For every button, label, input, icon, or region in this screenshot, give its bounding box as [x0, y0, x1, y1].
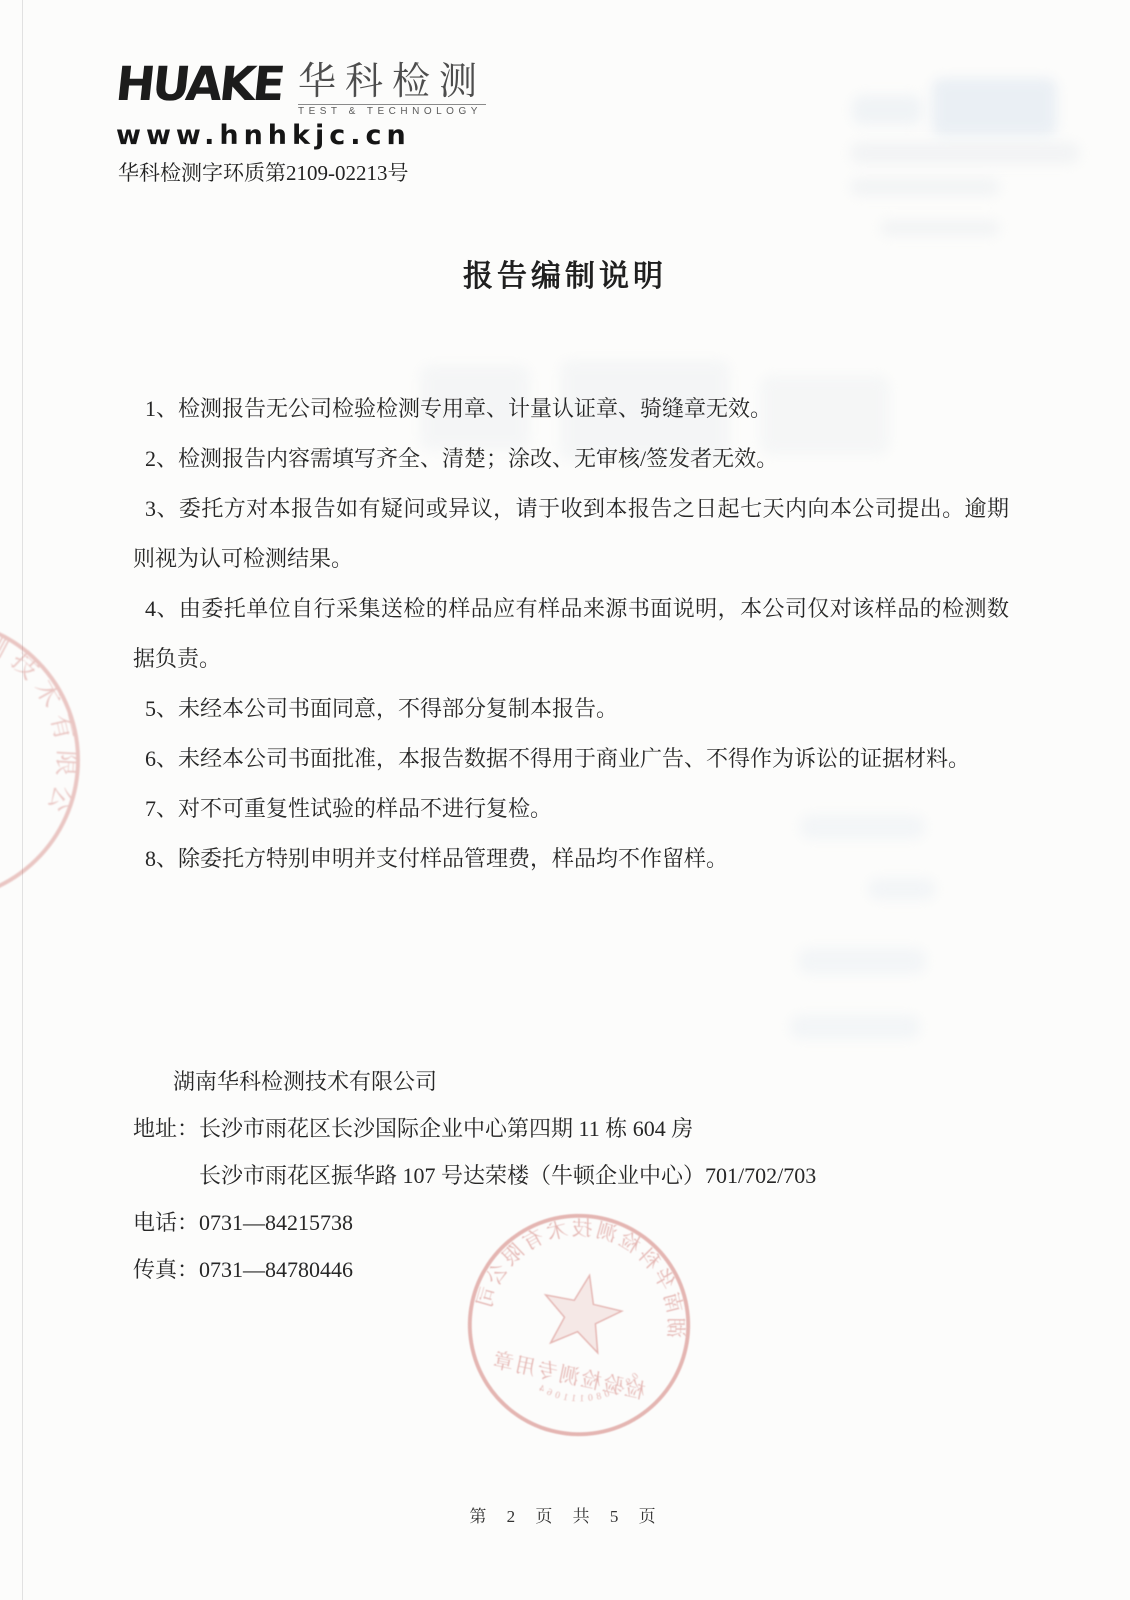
page-number-indicator: 第 2 页 共 5 页	[0, 1502, 1130, 1527]
showthrough-blot	[932, 78, 1057, 136]
scan-edge-line	[22, 0, 23, 1600]
seal-arc-company: 湖南华科检测技术有限公司	[0, 562, 136, 826]
scanned-report-page: HUAKE 华科检测 TEST & TECHNOLOGY www.hnhkjc.…	[0, 0, 1130, 1600]
showthrough-blot	[790, 1015, 920, 1039]
left-partial-seal-stamp: 湖南华科检测技术有限公司	[0, 562, 136, 958]
showthrough-blot	[850, 142, 1080, 164]
address-label: 地址：	[133, 1116, 199, 1141]
company-address-line1: 地址：长沙市雨花区长沙国际企业中心第四期 11 栋 604 房	[133, 1105, 1033, 1152]
notice-item-5: 5、未经本公司书面同意，不得部分复制本报告。	[133, 684, 1009, 734]
company-fax: 传真：0731—84780446	[133, 1246, 1033, 1293]
company-logo: HUAKE 华科检测 TEST & TECHNOLOGY www.hnhkjc.…	[116, 62, 486, 151]
logo-brand-cn: 华科检测	[298, 61, 486, 103]
notice-item-3: 3、委托方对本报告如有疑问或异议，请于收到本报告之日起七天内向本公司提出。逾期则…	[133, 484, 1009, 584]
notice-item-4: 4、由委托单位自行采集送检的样品应有样品来源书面说明，本公司仅对该样品的检测数据…	[133, 584, 1009, 684]
seal-band-text: 检验检测专用章	[489, 1348, 647, 1403]
notice-list: 1、检测报告无公司检验检测专用章、计量认证章、骑缝章无效。 2、检测报告内容需填…	[133, 384, 1009, 884]
company-info: 湖南华科检测技术有限公司 地址：长沙市雨花区长沙国际企业中心第四期 11 栋 6…	[133, 1058, 1033, 1293]
showthrough-blot	[798, 948, 926, 974]
company-address-line2: 长沙市雨花区振华路 107 号达荣楼（牛顿企业中心）701/702/703	[133, 1152, 1033, 1199]
document-number: 华科检测字环质第2109-02213号	[118, 157, 409, 187]
company-name: 湖南华科检测技术有限公司	[133, 1058, 1033, 1105]
notice-item-1: 1、检测报告无公司检验检测专用章、计量认证章、骑缝章无效。	[133, 384, 1009, 434]
showthrough-blot	[850, 178, 1000, 196]
showthrough-blot	[852, 95, 922, 125]
logo-wordmark: HUAKE	[114, 62, 285, 108]
company-phone: 电话：0731—84215738	[133, 1199, 1033, 1246]
showthrough-blot	[880, 220, 1000, 236]
svg-text:0911080111064: 0911080111064	[532, 1351, 642, 1417]
fax-label: 传真：	[133, 1257, 199, 1282]
notice-item-7: 7、对不可重复性试验的样品不进行复检。	[133, 784, 1009, 834]
seal-code: 0911080111064	[532, 1351, 642, 1417]
svg-text:湖南华科检测技术有限公司: 湖南华科检测技术有限公司	[0, 562, 136, 826]
phone-label: 电话：	[133, 1210, 199, 1235]
notice-item-8: 8、除委托方特别申明并支付样品管理费，样品均不作留样。	[133, 834, 1009, 884]
notice-item-6: 6、未经本公司书面批准，本报告数据不得用于商业广告、不得作为诉讼的证据材料。	[133, 734, 1009, 784]
logo-tagline: TEST & TECHNOLOGY	[298, 104, 486, 117]
logo-website: www.hnhkjc.cn	[116, 120, 486, 151]
notice-item-2: 2、检测报告内容需填写齐全、清楚；涂改、无审核/签发者无效。	[133, 434, 1009, 484]
page-title: 报告编制说明	[0, 251, 1130, 295]
